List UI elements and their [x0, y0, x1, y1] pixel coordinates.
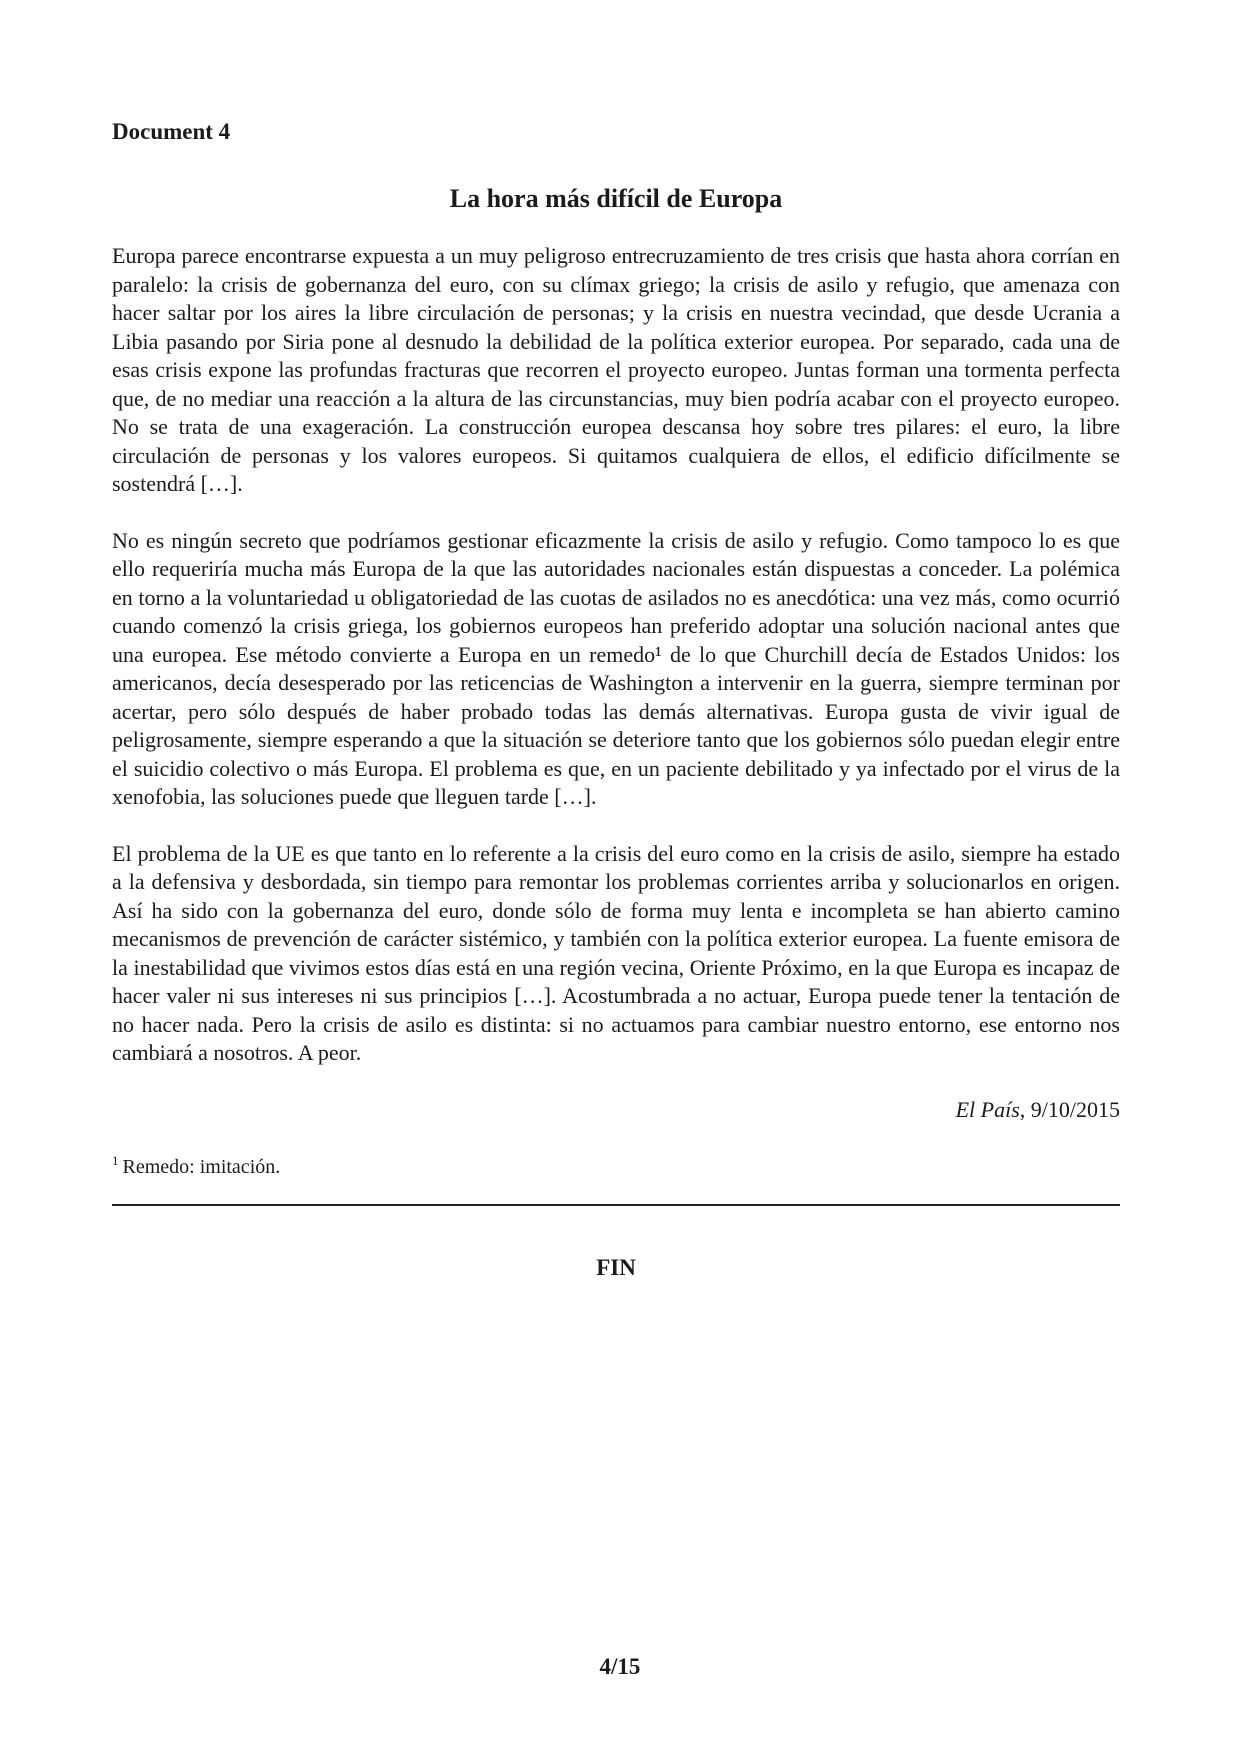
source-attribution: El País, 9/10/2015 — [112, 1096, 1120, 1125]
footnote-marker: 1 — [112, 1153, 119, 1168]
footnote: 1Remedo: imitación. — [112, 1154, 1120, 1180]
publication-name: El País — [956, 1097, 1020, 1122]
footer-divider — [112, 1204, 1120, 1206]
paragraph-3: El problema de la UE es que tanto en lo … — [112, 840, 1120, 1068]
paragraph-1: Europa parece encontrarse expuesta a un … — [112, 242, 1120, 499]
paragraph-2: No es ningún secreto que podríamos gesti… — [112, 527, 1120, 812]
document-title: La hora más difícil de Europa — [112, 184, 1120, 214]
end-label: FIN — [112, 1254, 1120, 1282]
source-date: , 9/10/2015 — [1020, 1097, 1120, 1122]
footnote-text: Remedo: imitación. — [123, 1156, 281, 1178]
document-label: Document 4 — [112, 118, 1120, 146]
document-page: Document 4 La hora más difícil de Europa… — [0, 0, 1240, 1754]
page-number: 4/15 — [0, 1653, 1240, 1681]
